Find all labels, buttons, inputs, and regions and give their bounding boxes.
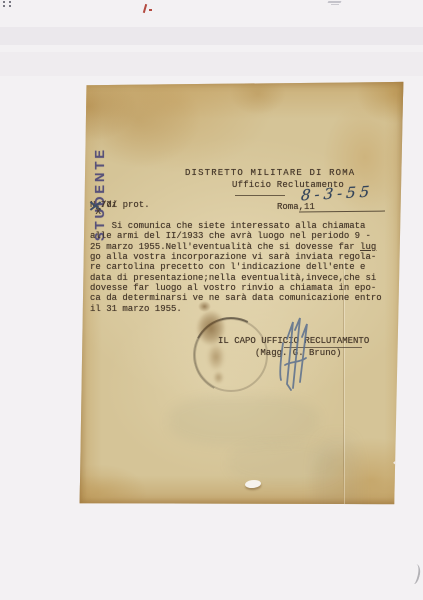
bleedthrough-ghost: [229, 443, 339, 483]
protocol-number: N.77/X/di prot.: [90, 200, 101, 210]
protocol-suffix: /di prot.: [101, 200, 150, 210]
scanner-artifact-dot: [9, 5, 11, 7]
org-title: DISTRETTO MILITARE DI ROMA: [185, 168, 355, 178]
scanner-band-faint: [0, 52, 423, 76]
office-underline: [235, 195, 285, 196]
scanner-artifact-dot: [3, 5, 5, 7]
stain-blotch: [213, 371, 224, 384]
body-line: dovesse far luogo al vostro rinvio a chi…: [90, 283, 390, 293]
scanner-artifact-gray-mark: [331, 4, 339, 5]
scanner-artifact-dot: [3, 1, 5, 3]
body-line: re cartolina precetto con l'indicazione …: [90, 262, 390, 272]
body-line: go alla vostra incorporazione vi sarà in…: [90, 252, 390, 262]
underlined-word: lug: [360, 242, 376, 252]
scanner-band: [0, 27, 423, 45]
body-line: 25 marzo 1955.Nell'eventualità che si do…: [90, 242, 390, 252]
stain-blotch: [207, 343, 225, 371]
scanner-artifact-gray-mark: [328, 1, 342, 3]
bleedthrough-ghost: [169, 396, 319, 446]
body-line: data di presentazione;nella eventualità,…: [90, 273, 390, 283]
scanned-document-page: STUDENTE DISTRETTO MILITARE DI ROMA Uffi…: [0, 0, 423, 600]
scanner-artifact-red-mark: [143, 4, 147, 13]
body-line: ca da determinarsi ve ne sarà data comun…: [90, 293, 390, 303]
scanner-artifact-squiggle: [409, 563, 423, 585]
scanner-artifact-red-dot: [149, 9, 152, 11]
document-paper: STUDENTE DISTRETTO MILITARE DI ROMA Uffi…: [79, 81, 404, 505]
scanner-artifact-dot: [9, 1, 11, 3]
body-line: alle armi del II/1933 che avrà luogo nel…: [90, 231, 390, 241]
body-paragraph: Si comunica che siete interessato alla c…: [90, 221, 390, 314]
body-line: Si comunica che siete interessato alla c…: [90, 221, 390, 231]
ink-signature: [274, 313, 316, 399]
stain-blotch: [198, 301, 211, 312]
body-line: il 31 marzo 1955.: [90, 304, 390, 314]
